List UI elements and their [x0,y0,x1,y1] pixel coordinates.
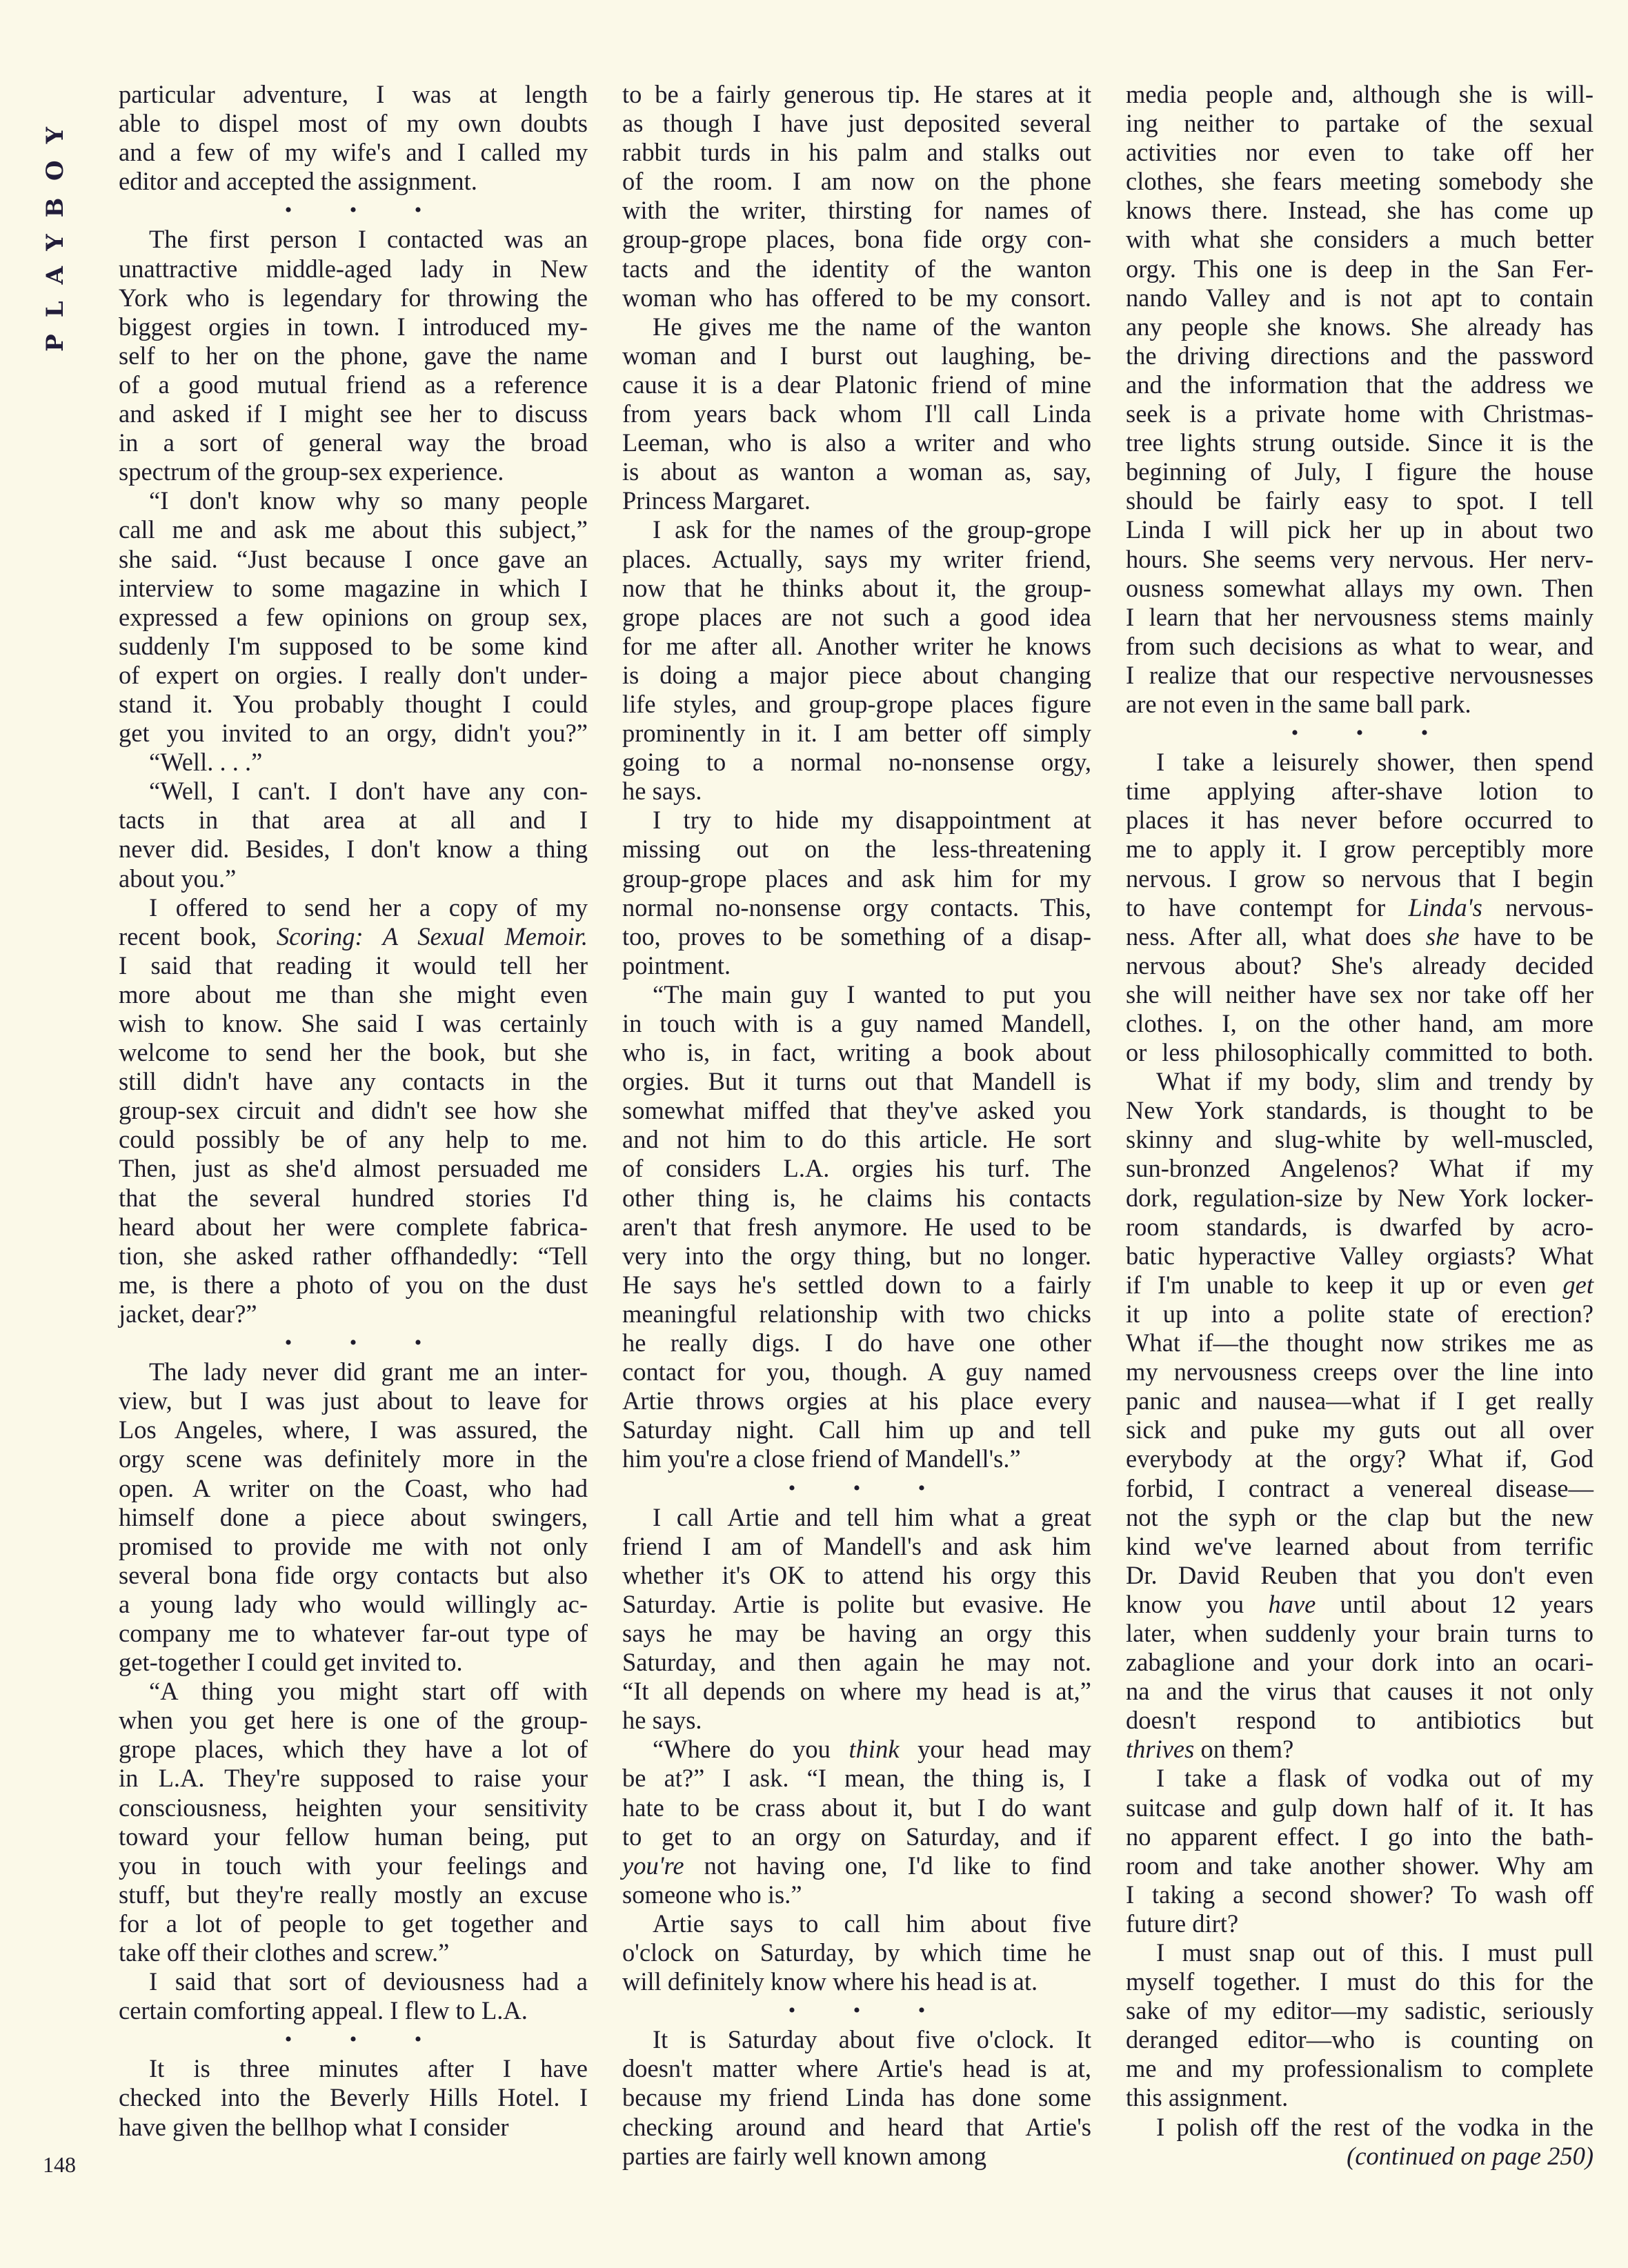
text-line: Saturday, and then again he may not. [622,1648,1091,1677]
text-line: I said that reading it would tell her [119,951,588,980]
text-line: several bona fide orgy contacts but also [119,1561,588,1590]
text-line: pointment. [622,951,1091,980]
text-line: orgy. This one is deep in the San Fer- [1126,255,1594,283]
text-line: orgy scene was definitely more in the [119,1444,588,1473]
section-break: • • • [119,196,588,225]
text-line: beginning of July, I figure the house [1126,457,1594,486]
text-line: batic hyperactive Valley orgiasts? What [1126,1242,1594,1271]
text-line: zabaglione and your dork into an ocari- [1126,1648,1594,1677]
text-line: It is Saturday about five o'clock. It [622,2025,1091,2054]
text-line: and asked if I might see her to discuss [119,399,588,428]
text-line: hate to be crass about it, but I do want [622,1793,1091,1822]
text-line: woman and I burst out laughing, be- [622,341,1091,370]
text-line: na and the virus that causes it not only [1126,1677,1594,1706]
text-line: nando Valley and is not apt to contain [1126,283,1594,312]
text-line: ness. After all, what does she have to b… [1126,922,1594,951]
text-line: company me to whatever far-out type of [119,1619,588,1648]
text-line: “Well, I can't. I don't have any con- [119,777,588,806]
text-line: It is three minutes after I have [119,2054,588,2083]
text-line: and a few of my wife's and I called my [119,138,588,167]
text-line: clothes. I, on the other hand, am more [1126,1009,1594,1038]
text-line: interview to some magazine in which I [119,574,588,603]
text-line: friend I am of Mandell's and ask him [622,1532,1091,1561]
text-line: is about as wanton a woman as, say, [622,457,1091,486]
text-line: Princess Margaret. [622,486,1091,515]
text-line: later, when suddenly your brain turns to [1126,1619,1594,1648]
text-line: life styles, and group-grope places figu… [622,690,1091,719]
text-line: rabbit turds in his palm and stalks out [622,138,1091,167]
text-line: with the writer, thirsting for names of [622,196,1091,225]
text-line: seek is a private home with Christmas- [1126,399,1594,428]
text-line: everybody at the orgy? What if, God [1126,1444,1594,1473]
text-line: I learn that her nervousness stems mainl… [1126,603,1594,632]
section-break: • • • [119,1329,588,1357]
continued-note: (continued on page 250) [1126,2142,1594,2171]
text-line: the driving directions and the password [1126,341,1594,370]
text-line: normal no-nonsense orgy contacts. This, [622,893,1091,922]
text-line: welcome to send her the book, but she [119,1038,588,1067]
magazine-page: PLAYBOY particular adventure, I was at l… [0,0,1628,2268]
text-line: going to a normal no-nonsense orgy, [622,748,1091,777]
text-line: future dirt? [1126,1909,1594,1938]
text-line: prominently in it. I am better off simpl… [622,719,1091,748]
text-line: places it has never before occurred to [1126,806,1594,835]
text-line: are not even in the same ball park. [1126,690,1594,719]
text-line: never did. Besides, I don't know a thing [119,835,588,864]
text-line: because my friend Linda has done some [622,2083,1091,2112]
text-line: know you have until about 12 years [1126,1590,1594,1619]
text-line: He says he's settled down to a fairly [622,1271,1091,1300]
text-line: grope places, which they have a lot of [119,1735,588,1764]
text-line: expressed a few opinions on group sex, [119,603,588,632]
text-line: spectrum of the group-sex experience. [119,457,588,486]
text-line: he says. [622,777,1091,806]
text-line: sick and puke my guts out all over [1126,1415,1594,1444]
text-line: I polish off the rest of the vodka in th… [1126,2113,1594,2142]
text-line: room standards, is dwarfed by acro- [1126,1213,1594,1242]
text-line: as though I have just deposited several [622,109,1091,138]
text-line: somewhat miffed that they've asked you [622,1096,1091,1125]
text-line: of considers L.A. orgies his turf. The [622,1154,1091,1183]
text-line: take off their clothes and screw.” [119,1938,588,1967]
text-line: knows there. Instead, she has come up [1126,196,1594,225]
text-line: I try to hide my disappointment at [622,806,1091,835]
text-line: able to dispel most of my own doubts [119,109,588,138]
text-line: I take a leisurely shower, then spend [1126,748,1594,777]
text-line: very into the orgy thing, but no longer. [622,1242,1091,1271]
text-line: me and my professionalism to complete [1126,2054,1594,2083]
text-line: call me and ask me about this subject,” [119,515,588,544]
text-line: meaningful relationship with two chicks [622,1300,1091,1329]
text-line: doesn't matter where Artie's head is at, [622,2054,1091,2083]
text-line: Los Angeles, where, I was assured, the [119,1415,588,1444]
text-line: you're not having one, I'd like to find [622,1851,1091,1880]
text-line: tacts in that area at all and I [119,806,588,835]
text-line: Saturday. Artie is polite but evasive. H… [622,1590,1091,1619]
text-line: Saturday night. Call him up and tell [622,1415,1091,1444]
text-line: my nervousness creeps over the line into [1126,1357,1594,1386]
text-line: media people and, although she is will- [1126,80,1594,109]
text-line: orgies. But it turns out that Mandell is [622,1067,1091,1096]
text-line: biggest orgies in town. I introduced my- [119,312,588,341]
text-line: grope places are not such a good idea [622,603,1091,632]
text-line: group-grope places and ask him for my [622,864,1091,893]
text-line: nervous about? She's already decided [1126,951,1594,980]
text-line: He gives me the name of the wanton [622,312,1091,341]
text-line: skinny and slug-white by well-muscled, [1126,1125,1594,1154]
text-line: “It all depends on where my head is at,” [622,1677,1091,1706]
text-line: editor and accepted the assignment. [119,167,588,196]
text-line: Artie throws orgies at his place every [622,1386,1091,1415]
text-line: to have contempt for Linda's nervous- [1126,893,1594,922]
text-line: o'clock on Saturday, by which time he [622,1938,1091,1967]
text-line: suitcase and gulp down half of it. It ha… [1126,1793,1594,1822]
magazine-brand-vertical: PLAYBOY [34,103,76,359]
text-line: not the syph or the clap but the new [1126,1503,1594,1532]
text-line: Leeman, who is also a writer and who [622,428,1091,457]
text-line: The lady never did grant me an inter- [119,1357,588,1386]
text-line: when you get here is one of the group- [119,1706,588,1735]
text-line: “I don't know why so many people [119,486,588,515]
text-line: kind we've learned about from terrific [1126,1532,1594,1561]
text-line: I offered to send her a copy of my [119,893,588,922]
text-line: What if my body, slim and trendy by [1126,1067,1594,1096]
text-line: and not him to do this article. He sort [622,1125,1091,1154]
text-line: open. A writer on the Coast, who had [119,1474,588,1503]
text-line: group-grope places, bona fide orgy con- [622,225,1091,254]
text-line: he says. [622,1706,1091,1735]
text-line: to get to an orgy on Saturday, and if [622,1822,1091,1851]
text-line: nervous. I grow so nervous that I begin [1126,864,1594,893]
text-line: in a sort of general way the broad [119,428,588,457]
text-line: aren't that fresh anymore. He used to be [622,1213,1091,1242]
text-line: have given the bellhop what I consider [119,2113,588,2142]
text-line: will definitely know where his head is a… [622,1967,1091,1996]
text-line: now that he thinks about it, the group- [622,574,1091,603]
text-line: missing out on the less-threatening [622,835,1091,864]
text-line: in touch with is a guy named Mandell, [622,1009,1091,1038]
text-line: The first person I contacted was an [119,225,588,254]
text-line: of the room. I am now on the phone [622,167,1091,196]
text-line: I ask for the names of the group-grope [622,515,1091,544]
text-line: to be a fairly generous tip. He stares a… [622,80,1091,109]
text-line: says he may be having an orgy this [622,1619,1091,1648]
text-line: “A thing you might start off with [119,1677,588,1706]
text-line: you in touch with your feelings and [119,1851,588,1880]
text-line: unattractive middle-aged lady in New [119,255,588,283]
text-line: of a good mutual friend as a reference [119,370,588,399]
text-line: could possibly be of any help to me. [119,1125,588,1154]
text-line: any people she knows. She already has [1126,312,1594,341]
text-line: get you invited to an orgy, didn't you?” [119,719,588,748]
text-line: still didn't have any contacts in the [119,1067,588,1096]
text-line: she will neither have sex nor take off h… [1126,980,1594,1009]
text-line: sun-bronzed Angelenos? What if my [1126,1154,1594,1183]
text-line: who is, in fact, writing a book about [622,1038,1091,1067]
text-line: certain comforting appeal. I flew to L.A… [119,1996,588,2025]
text-line: for me after all. Another writer he know… [622,632,1091,661]
text-line: about you.” [119,864,588,893]
text-line: be at?” I ask. “I mean, the thing is, I [622,1764,1091,1793]
text-line: self to her on the phone, gave the name [119,341,588,370]
text-line: doesn't respond to antibiotics but [1126,1706,1594,1735]
text-line: ousness somewhat allays my own. Then [1126,574,1594,603]
text-line: places. Actually, says my writer friend, [622,545,1091,574]
text-line: other thing is, he claims his contacts [622,1184,1091,1213]
text-line: more about me than she might even [119,980,588,1009]
text-line: is doing a major piece about changing [622,661,1091,690]
section-break: • • • [622,1996,1091,2025]
article-column-3: media people and, although she is will-i… [1126,80,1594,2171]
text-line: heard about her were complete fabrica- [119,1213,588,1242]
text-line: stuff, but they're really mostly an excu… [119,1880,588,1909]
section-break: • • • [622,1474,1091,1503]
text-line: sake of my editor—my sadistic, seriously [1126,1996,1594,2025]
article-column-2: to be a fairly generous tip. He stares a… [622,80,1091,2171]
text-line: stand it. You probably thought I could [119,690,588,719]
text-line: contact for you, though. A guy named [622,1357,1091,1386]
text-line: for a lot of people to get together and [119,1909,588,1938]
text-line: cause it is a dear Platonic friend of mi… [622,370,1091,399]
text-line: too, proves to be something of a disap- [622,922,1091,951]
text-line: she said. “Just because I once gave an [119,545,588,574]
text-line: suddenly I'm supposed to be some kind [119,632,588,661]
text-line: “The main guy I wanted to put you [622,980,1091,1009]
text-line: parties are fairly well known among [622,2142,1091,2171]
text-line: toward your fellow human being, put [119,1822,588,1851]
text-line: checking around and heard that Artie's [622,2113,1091,2142]
text-line: promised to provide me with not only [119,1532,588,1561]
text-line: Dr. David Reuben that you don't even [1126,1561,1594,1590]
text-line: I must snap out of this. I must pull [1126,1938,1594,1967]
text-line: me, is there a photo of you on the dust [119,1271,588,1300]
text-line: woman who has offered to be my consort. [622,283,1091,312]
text-line: get-together I could get invited to. [119,1648,588,1677]
text-line: it up into a polite state of erection? [1126,1300,1594,1329]
text-line: group-sex circuit and didn't see how she [119,1096,588,1125]
text-line: New York standards, is thought to be [1126,1096,1594,1125]
text-line: of expert on orgies. I really don't unde… [119,661,588,690]
text-line: wish to know. She said I was certainly [119,1009,588,1038]
page-number: 148 [43,2152,76,2178]
text-line: no apparent effect. I go into the bath- [1126,1822,1594,1851]
text-line: a young lady who would willingly ac- [119,1590,588,1619]
text-line: forbid, I contract a venereal disease— [1126,1474,1594,1503]
text-line: What if—the thought now strikes me as [1126,1329,1594,1357]
section-break: • • • [119,2025,588,2054]
text-line: myself together. I must do this for the [1126,1967,1594,1996]
text-line: Then, just as she'd almost persuaded me [119,1154,588,1183]
text-line: deranged editor—who is counting on [1126,2025,1594,2054]
text-line: thrives on them? [1126,1735,1594,1764]
text-line: should be fairly easy to spot. I tell [1126,486,1594,515]
text-line: dork, regulation-size by New York locker… [1126,1184,1594,1213]
text-line: I call Artie and tell him what a great [622,1503,1091,1532]
text-line: or less philosophically committed to bot… [1126,1038,1594,1067]
text-line: I taking a second shower? To wash off [1126,1880,1594,1909]
text-line: jacket, dear?” [119,1300,588,1329]
text-line: with what she considers a much better [1126,225,1594,254]
text-line: tion, she asked rather offhandedly: “Tel… [119,1242,588,1271]
text-line: this assignment. [1126,2083,1594,2112]
text-line: time applying after-shave lotion to [1126,777,1594,806]
text-line: me to apply it. I grow perceptibly more [1126,835,1594,864]
text-line: checked into the Beverly Hills Hotel. I [119,2083,588,2112]
text-line: room and take another shower. Why am [1126,1851,1594,1880]
text-line: himself done a piece about swingers, [119,1503,588,1532]
text-line: “Where do you think your head may [622,1735,1091,1764]
text-line: clothes, she fears meeting somebody she [1126,167,1594,196]
text-line: him you're a close friend of Mandell's.” [622,1444,1091,1473]
text-line: from years back whom I'll call Linda [622,399,1091,428]
text-line: I said that sort of deviousness had a [119,1967,588,1996]
text-line: tree lights strung outside. Since it is … [1126,428,1594,457]
text-line: tacts and the identity of the wanton [622,255,1091,283]
text-line: “Well. . . .” [119,748,588,777]
text-line: someone who is.” [622,1880,1091,1909]
text-line: I realize that our respective nervousnes… [1126,661,1594,690]
brand-label: PLAYBOY [41,110,69,352]
text-line: Linda I will pick her up in about two [1126,515,1594,544]
text-line: and the information that the address we [1126,370,1594,399]
text-line: activities nor even to take off her [1126,138,1594,167]
text-line: ing neither to partake of the sexual [1126,109,1594,138]
text-line: recent book, Scoring: A Sexual Memoir. [119,922,588,951]
text-line: panic and nausea—what if I get really [1126,1386,1594,1415]
text-line: hours. She seems very nervous. Her nerv- [1126,545,1594,574]
text-line: if I'm unable to keep it up or even get [1126,1271,1594,1300]
text-line: consciousness, heighten your sensitivity [119,1793,588,1822]
text-line: view, but I was just about to leave for [119,1386,588,1415]
text-line: in L.A. They're supposed to raise your [119,1764,588,1793]
text-line: particular adventure, I was at length [119,80,588,109]
text-line: whether it's OK to attend his orgy this [622,1561,1091,1590]
text-line: that the several hundred stories I'd [119,1184,588,1213]
article-column-1: particular adventure, I was at lengthabl… [119,80,588,2142]
text-line: I take a flask of vodka out of my [1126,1764,1594,1793]
text-line: York who is legendary for throwing the [119,283,588,312]
text-line: from such decisions as what to wear, and [1126,632,1594,661]
text-line: he really digs. I do have one other [622,1329,1091,1357]
section-break: • • • [1126,719,1594,748]
text-line: Artie says to call him about five [622,1909,1091,1938]
